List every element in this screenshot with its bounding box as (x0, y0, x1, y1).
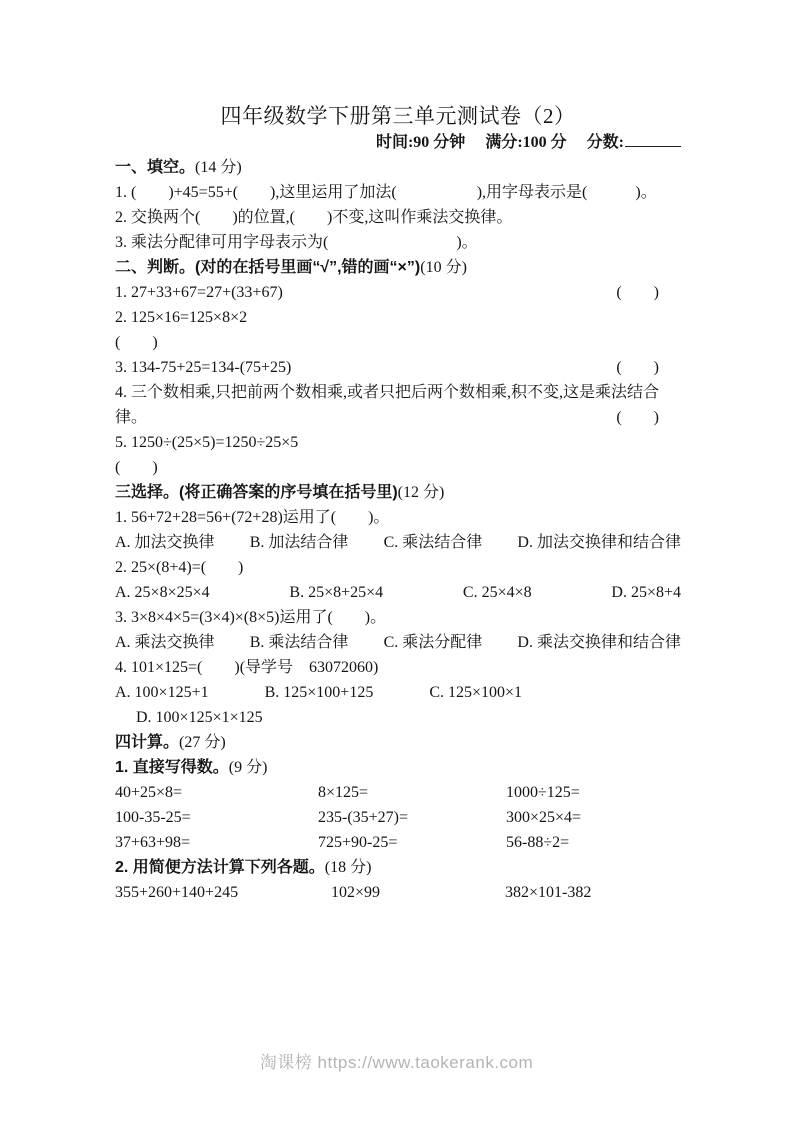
section-choice-label: 三选择。(将正确答案的序号填在括号里) (115, 484, 398, 501)
choice-question-3-options: A. 乘法交换律 B. 乘法结合律 C. 乘法分配律 D. 乘法交换律和结合律 (115, 630, 681, 655)
judge-question-4-line2: 律。 ( ) (115, 405, 681, 430)
choice-4-option-d: D. 100×125×1×125 (115, 705, 681, 730)
section-calc-label: 四计算。 (115, 734, 179, 751)
calc-sub1-heading: 1. 直接写得数。(9 分) (115, 755, 681, 780)
choice-question-2: 2. 25×(8+4)=( ) (115, 555, 681, 580)
test-paper-page: 四年级数学下册第三单元测试卷（2） 时间:90 分钟 满分:100 分 分数: … (0, 0, 793, 1122)
section-judge-points: (10 分) (420, 259, 467, 276)
section-fill-label: 一、填空。 (115, 159, 195, 176)
calc-item: 300×25×4= (506, 805, 681, 830)
calc-row-1: 40+25×8= 8×125= 1000÷125= (115, 780, 681, 805)
judge-question-3-text: 3. 134-75+25=134-(75+25) (115, 355, 291, 380)
simplify-item: 355+260+140+245 (115, 880, 331, 905)
fill-question-1: 1. ( )+45=55+( ),这里运用了加法( ),用字母表示是( )。 (115, 180, 681, 205)
calc-item: 40+25×8= (115, 780, 318, 805)
meta-time: 时间:90 分钟 (376, 134, 465, 151)
section-fill-points: (14 分) (195, 159, 242, 176)
choice-2-option-b: B. 25×8+25×4 (289, 580, 383, 605)
watermark-text: 淘课榜 https://www.taokerank.com (0, 1048, 793, 1073)
choice-3-option-b: B. 乘法结合律 (250, 630, 349, 655)
meta-line: 时间:90 分钟 满分:100 分 分数: (115, 130, 681, 155)
calc-row-3: 37+63+98= 725+90-25= 56-88÷2= (115, 830, 681, 855)
answer-blank-paren: ( ) (616, 405, 659, 430)
calc-item: 56-88÷2= (506, 830, 681, 855)
judge-question-4-line1: 4. 三个数相乘,只把前两个数相乘,或者只把后两个数相乘,积不变,这是乘法结合 (115, 380, 681, 405)
judge-question-1-text: 1. 27+33+67=27+(33+67) (115, 280, 283, 305)
judge-question-1: 1. 27+33+67=27+(33+67) ( ) (115, 280, 681, 305)
section-choice-points: (12 分) (398, 484, 445, 501)
judge-question-5-paren: ( ) (115, 455, 681, 480)
section-judge-label: 二、判断。(对的在括号里画“√”,错的画“×”) (115, 259, 420, 276)
choice-1-option-a: A. 加法交换律 (115, 530, 215, 555)
calc-sub1-points: (9 分) (229, 759, 268, 776)
choice-3-option-c: C. 乘法分配律 (384, 630, 483, 655)
calc-item: 1000÷125= (506, 780, 681, 805)
calc-sub2-points: (18 分) (325, 859, 372, 876)
judge-question-4-tail: 律。 (115, 405, 147, 430)
choice-2-option-c: C. 25×4×8 (463, 580, 532, 605)
choice-question-4: 4. 101×125=( )(导学号 63072060) (115, 655, 681, 680)
simplify-item: 102×99 (331, 880, 505, 905)
section-calc-points: (27 分) (179, 734, 226, 751)
section-calc-heading: 四计算。(27 分) (115, 730, 681, 755)
judge-question-5: 5. 1250÷(25×5)=1250÷25×5 (115, 430, 681, 455)
choice-1-option-b: B. 加法结合律 (250, 530, 349, 555)
choice-4-option-b: B. 125×100+125 (265, 680, 374, 705)
paper-content: 四年级数学下册第三单元测试卷（2） 时间:90 分钟 满分:100 分 分数: … (115, 102, 681, 905)
calc-sub1-label: 1. 直接写得数。 (115, 759, 229, 776)
calc-item: 8×125= (318, 780, 506, 805)
meta-score-label: 分数: (587, 134, 624, 151)
simplify-item: 382×101-382 (505, 880, 681, 905)
calc-item: 37+63+98= (115, 830, 318, 855)
choice-question-2-options: A. 25×8×25×4 B. 25×8+25×4 C. 25×4×8 D. 2… (115, 580, 681, 605)
answer-blank-paren: ( ) (616, 280, 659, 305)
choice-3-option-d: D. 乘法交换律和结合律 (517, 630, 681, 655)
meta-full-score: 满分:100 分 (485, 134, 566, 151)
calc-item: 235-(35+27)= (318, 805, 506, 830)
choice-2-option-d: D. 25×8+4 (611, 580, 681, 605)
calc-row-2: 100-35-25= 235-(35+27)= 300×25×4= (115, 805, 681, 830)
choice-question-4-options: A. 100×125+1 B. 125×100+125 C. 125×100×1 (115, 680, 681, 705)
fill-question-3: 3. 乘法分配律可用字母表示为( )。 (115, 230, 681, 255)
answer-blank-paren: ( ) (616, 355, 659, 380)
simplify-row: 355+260+140+245 102×99 382×101-382 (115, 880, 681, 905)
calc-item: 725+90-25= (318, 830, 506, 855)
score-blank-line (625, 131, 681, 147)
judge-question-2-paren: ( ) (115, 330, 681, 355)
section-choice-heading: 三选择。(将正确答案的序号填在括号里)(12 分) (115, 480, 681, 505)
page-title: 四年级数学下册第三单元测试卷（2） (115, 102, 681, 130)
choice-4-option-a: A. 100×125+1 (115, 680, 209, 705)
calc-sub2-label: 2. 用简便方法计算下列各题。 (115, 859, 325, 876)
calc-item: 100-35-25= (115, 805, 318, 830)
judge-question-2: 2. 125×16=125×8×2 (115, 305, 681, 330)
fill-question-2: 2. 交换两个( )的位置,( )不变,这叫作乘法交换律。 (115, 205, 681, 230)
choice-3-option-a: A. 乘法交换律 (115, 630, 215, 655)
choice-question-3: 3. 3×8×4×5=(3×4)×(8×5)运用了( )。 (115, 605, 681, 630)
choice-4-option-c: C. 125×100×1 (429, 680, 522, 705)
choice-2-option-a: A. 25×8×25×4 (115, 580, 210, 605)
calc-sub2-heading: 2. 用简便方法计算下列各题。(18 分) (115, 855, 681, 880)
choice-1-option-d: D. 加法交换律和结合律 (517, 530, 681, 555)
choice-question-1-options: A. 加法交换律 B. 加法结合律 C. 乘法结合律 D. 加法交换律和结合律 (115, 530, 681, 555)
choice-1-option-c: C. 乘法结合律 (384, 530, 483, 555)
judge-question-3: 3. 134-75+25=134-(75+25) ( ) (115, 355, 681, 380)
section-judge-heading: 二、判断。(对的在括号里画“√”,错的画“×”)(10 分) (115, 255, 681, 280)
choice-question-1: 1. 56+72+28=56+(72+28)运用了( )。 (115, 505, 681, 530)
section-fill-heading: 一、填空。(14 分) (115, 155, 681, 180)
